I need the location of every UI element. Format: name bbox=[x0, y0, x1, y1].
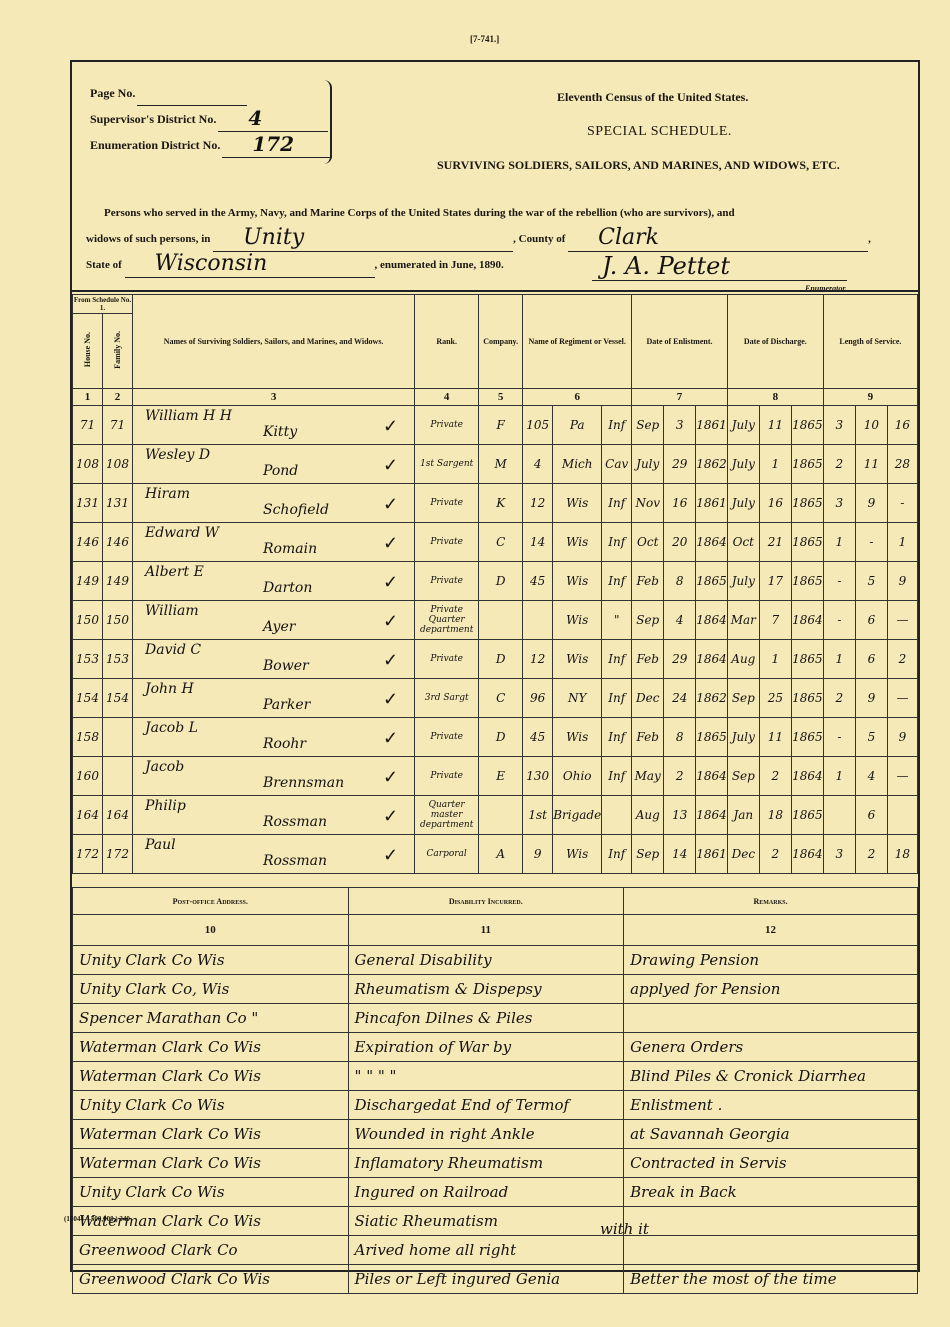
reg-state-cell: Wis bbox=[553, 523, 602, 562]
family-cell: 153 bbox=[103, 640, 133, 679]
dis-yr-cell: 1865 bbox=[791, 406, 823, 445]
family-cell bbox=[103, 718, 133, 757]
disability-cell: Siatic Rheumatism bbox=[348, 1207, 624, 1236]
mos-cell: 6 bbox=[855, 640, 887, 679]
last-name: Roohr bbox=[263, 736, 306, 752]
dis-mo-cell: July bbox=[727, 718, 759, 757]
intro-line: Persons who served in the Army, Navy, an… bbox=[86, 200, 906, 226]
dis-yr-cell: 1865 bbox=[791, 718, 823, 757]
address-header: Post-office Address. bbox=[73, 888, 349, 915]
mos-cell: 2 bbox=[855, 835, 887, 874]
days-cell: — bbox=[887, 601, 917, 640]
enl-day-cell: 8 bbox=[664, 718, 696, 757]
dis-mo-cell: Mar bbox=[727, 601, 759, 640]
reg-no-cell: 1st bbox=[523, 796, 553, 835]
dis-day-cell: 16 bbox=[759, 484, 791, 523]
reg-state-cell: Wis bbox=[553, 484, 602, 523]
last-name: Bower bbox=[263, 658, 309, 674]
rank-cell: 1st Sargent bbox=[415, 445, 479, 484]
last-name: Ayer bbox=[263, 619, 295, 635]
enl-mo-cell: Nov bbox=[632, 484, 664, 523]
family-cell: 154 bbox=[103, 679, 133, 718]
first-name: Jacob bbox=[145, 759, 184, 775]
col-number: 7 bbox=[632, 389, 728, 406]
company-header: Company. bbox=[479, 295, 523, 389]
soldier-row: 153153 David C Bower ✓ PrivateD12WisInfF… bbox=[73, 640, 918, 679]
address-row: Unity Clark Co WisGeneral DisabilityDraw… bbox=[73, 946, 918, 975]
dis-yr-cell: 1865 bbox=[791, 640, 823, 679]
first-name: William bbox=[145, 603, 199, 619]
enl-yr-cell: 1861 bbox=[696, 484, 728, 523]
enl-mo-cell: Sep bbox=[632, 835, 664, 874]
dis-day-cell: 2 bbox=[759, 757, 791, 796]
soldier-row: 164164 Philip Rossman ✓ Quarter master d… bbox=[73, 796, 918, 835]
dis-mo-cell: July bbox=[727, 562, 759, 601]
house-cell: 108 bbox=[73, 445, 103, 484]
dis-day-cell: 11 bbox=[759, 406, 791, 445]
remarks-cell: Genera Orders bbox=[624, 1033, 918, 1062]
remarks-header: Remarks. bbox=[624, 888, 918, 915]
yrs-cell: 1 bbox=[823, 640, 855, 679]
name-cell: John H Parker ✓ bbox=[133, 679, 415, 718]
last-name: Romain bbox=[263, 541, 317, 557]
address-cell: Greenwood Clark Co bbox=[73, 1236, 349, 1265]
enlistment-header: Date of Enlistment. bbox=[632, 295, 728, 389]
mos-cell: 5 bbox=[855, 718, 887, 757]
name-cell: Wesley D Pond ✓ bbox=[133, 445, 415, 484]
address-row: Waterman Clark Co WisSiatic Rheumatism bbox=[73, 1207, 918, 1236]
address-row: Waterman Clark Co WisExpiration of War b… bbox=[73, 1033, 918, 1062]
names-header: Names of Surviving Soldiers, Sailors, an… bbox=[133, 295, 415, 389]
days-cell: 16 bbox=[887, 406, 917, 445]
mos-cell: 5 bbox=[855, 562, 887, 601]
company-cell: D bbox=[479, 562, 523, 601]
checkmark-icon: ✓ bbox=[383, 767, 398, 788]
disability-header: Disability Incurred. bbox=[348, 888, 624, 915]
address-cell: Unity Clark Co, Wis bbox=[73, 975, 349, 1004]
mos-cell: 9 bbox=[855, 484, 887, 523]
checkmark-icon: ✓ bbox=[383, 650, 398, 671]
last-name: Schofield bbox=[263, 502, 329, 518]
company-cell: C bbox=[479, 679, 523, 718]
dis-day-cell: 1 bbox=[759, 445, 791, 484]
checkmark-icon: ✓ bbox=[383, 806, 398, 827]
reg-type-cell: Inf bbox=[602, 523, 632, 562]
yrs-cell: - bbox=[823, 601, 855, 640]
address-row: Unity Clark Co WisDischargedat End of Te… bbox=[73, 1091, 918, 1120]
dis-mo-cell: Sep bbox=[727, 757, 759, 796]
reg-state-cell: Brigade bbox=[553, 796, 602, 835]
name-cell: Albert E Darton ✓ bbox=[133, 562, 415, 601]
enl-day-cell: 3 bbox=[664, 406, 696, 445]
reg-type-cell: Inf bbox=[602, 835, 632, 874]
days-cell: — bbox=[887, 679, 917, 718]
enl-yr-cell: 1864 bbox=[696, 757, 728, 796]
rank-cell: Private bbox=[415, 523, 479, 562]
dis-day-cell: 7 bbox=[759, 601, 791, 640]
disability-cell: Ingured on Railroad bbox=[348, 1178, 624, 1207]
soldier-row: 149149 Albert E Darton ✓ PrivateD45WisIn… bbox=[73, 562, 918, 601]
soldier-row: 158 Jacob L Roohr ✓ PrivateD45WisInfFeb8… bbox=[73, 718, 918, 757]
rank-cell: Private Quarter department bbox=[415, 601, 479, 640]
enumerator-signature: J. A. Pettet bbox=[602, 252, 730, 280]
enl-mo-cell: Oct bbox=[632, 523, 664, 562]
reg-no-cell: 4 bbox=[523, 445, 553, 484]
discharge-header: Date of Discharge. bbox=[727, 295, 823, 389]
enumerator-signature-line: J. A. Pettet Enumerator. bbox=[592, 250, 847, 281]
reg-no-cell: 105 bbox=[523, 406, 553, 445]
reg-type-cell: Inf bbox=[602, 757, 632, 796]
first-name: David C bbox=[145, 642, 201, 658]
enl-day-cell: 16 bbox=[664, 484, 696, 523]
remarks-cell bbox=[624, 1004, 918, 1033]
name-cell: David C Bower ✓ bbox=[133, 640, 415, 679]
enl-yr-cell: 1861 bbox=[696, 835, 728, 874]
rank-cell: Private bbox=[415, 562, 479, 601]
address-cell: Waterman Clark Co Wis bbox=[73, 1033, 349, 1062]
checkmark-icon: ✓ bbox=[383, 494, 398, 515]
county-label: , County of bbox=[513, 233, 565, 245]
yrs-cell: 1 bbox=[823, 523, 855, 562]
company-cell: K bbox=[479, 484, 523, 523]
mos-cell: 6 bbox=[855, 601, 887, 640]
days-cell: 28 bbox=[887, 445, 917, 484]
dis-day-cell: 17 bbox=[759, 562, 791, 601]
enl-mo-cell: Sep bbox=[632, 406, 664, 445]
dis-mo-cell: Aug bbox=[727, 640, 759, 679]
company-cell: C bbox=[479, 523, 523, 562]
house-cell: 164 bbox=[73, 796, 103, 835]
enl-mo-cell: Feb bbox=[632, 640, 664, 679]
divider bbox=[72, 290, 918, 292]
reg-type-cell: " bbox=[602, 601, 632, 640]
company-cell: E bbox=[479, 757, 523, 796]
reg-type-cell: Inf bbox=[602, 484, 632, 523]
col-number: 11 bbox=[348, 915, 624, 946]
yrs-cell: 1 bbox=[823, 757, 855, 796]
col-number: 6 bbox=[523, 389, 632, 406]
rank-cell: Private bbox=[415, 406, 479, 445]
days-cell: 9 bbox=[887, 718, 917, 757]
disability-cell: General Disability bbox=[348, 946, 624, 975]
remarks-cell: Blind Piles & Cronick Diarrhea bbox=[624, 1062, 918, 1091]
dis-yr-cell: 1864 bbox=[791, 757, 823, 796]
soldier-row: 172172 Paul Rossman ✓ CarporalA9WisInfSe… bbox=[73, 835, 918, 874]
dis-mo-cell: July bbox=[727, 445, 759, 484]
census-form: Page No. Supervisor's District No.4 Enum… bbox=[70, 60, 920, 1272]
address-row: Waterman Clark Co Wis" " " "Blind Piles … bbox=[73, 1062, 918, 1091]
yrs-cell: 2 bbox=[823, 445, 855, 484]
remarks-cell: Break in Back bbox=[624, 1178, 918, 1207]
reg-no-cell: 12 bbox=[523, 484, 553, 523]
days-cell: 9 bbox=[887, 562, 917, 601]
family-cell: 131 bbox=[103, 484, 133, 523]
dis-yr-cell: 1865 bbox=[791, 445, 823, 484]
first-name: John H bbox=[145, 681, 194, 697]
reg-no-cell: 14 bbox=[523, 523, 553, 562]
enl-yr-cell: 1864 bbox=[696, 523, 728, 562]
state-label: State of bbox=[86, 259, 122, 271]
dis-yr-cell: 1865 bbox=[791, 679, 823, 718]
soldier-row: 150150 William Ayer ✓ Private Quarter de… bbox=[73, 601, 918, 640]
family-cell: 164 bbox=[103, 796, 133, 835]
yrs-cell: 3 bbox=[823, 835, 855, 874]
days-cell: 18 bbox=[887, 835, 917, 874]
family-cell: 146 bbox=[103, 523, 133, 562]
yrs-cell: 3 bbox=[823, 406, 855, 445]
reg-no-cell: 96 bbox=[523, 679, 553, 718]
company-cell: D bbox=[479, 718, 523, 757]
house-cell: 153 bbox=[73, 640, 103, 679]
first-name: Jacob L bbox=[145, 720, 198, 736]
yrs-cell: - bbox=[823, 562, 855, 601]
enl-yr-cell: 1864 bbox=[696, 601, 728, 640]
enl-yr-cell: 1862 bbox=[696, 445, 728, 484]
remarks-cell bbox=[624, 1207, 918, 1236]
name-cell: Edward W Romain ✓ bbox=[133, 523, 415, 562]
last-name: Darton bbox=[263, 580, 312, 596]
family-cell: 150 bbox=[103, 601, 133, 640]
reg-state-cell: NY bbox=[553, 679, 602, 718]
col-number: 4 bbox=[415, 389, 479, 406]
house-cell: 71 bbox=[73, 406, 103, 445]
col-number: 12 bbox=[624, 915, 918, 946]
dis-day-cell: 11 bbox=[759, 718, 791, 757]
checkmark-icon: ✓ bbox=[383, 845, 398, 866]
address-row: Unity Clark Co, WisRheumatism & Dispepsy… bbox=[73, 975, 918, 1004]
remarks-cell: Better the most of the time bbox=[624, 1265, 918, 1294]
county-value: Clark bbox=[598, 225, 659, 251]
mos-cell: 11 bbox=[855, 445, 887, 484]
address-row: Unity Clark Co WisIngured on RailroadBre… bbox=[73, 1178, 918, 1207]
address-cell: Waterman Clark Co Wis bbox=[73, 1062, 349, 1091]
dis-yr-cell: 1864 bbox=[791, 601, 823, 640]
schedule-subtitle: SURVIVING SOLDIERS, SAILORS, AND MARINES… bbox=[437, 158, 840, 173]
reg-state-cell: Wis bbox=[553, 601, 602, 640]
last-name: Kitty bbox=[263, 424, 297, 440]
dis-day-cell: 25 bbox=[759, 679, 791, 718]
reg-state-cell: Pa bbox=[553, 406, 602, 445]
soldier-row: 160 Jacob Brennsman ✓ PrivateE130OhioInf… bbox=[73, 757, 918, 796]
name-cell: Jacob Brennsman ✓ bbox=[133, 757, 415, 796]
last-name: Brennsman bbox=[263, 775, 344, 791]
first-name: Edward W bbox=[145, 525, 219, 541]
disability-cell: Piles or Left ingured Genia bbox=[348, 1265, 624, 1294]
col-number: 8 bbox=[727, 389, 823, 406]
page-no-label: Page No. bbox=[90, 80, 135, 106]
checkmark-icon: ✓ bbox=[383, 533, 398, 554]
dis-mo-cell: Oct bbox=[727, 523, 759, 562]
remarks-cell bbox=[624, 1236, 918, 1265]
district-info: Page No. Supervisor's District No.4 Enum… bbox=[90, 80, 332, 158]
col-number: 3 bbox=[133, 389, 415, 406]
name-cell: Philip Rossman ✓ bbox=[133, 796, 415, 835]
rank-cell: 3rd Sargt bbox=[415, 679, 479, 718]
rank-header: Rank. bbox=[415, 295, 479, 389]
enumeration-label: Enumeration District No. bbox=[90, 132, 220, 158]
disability-cell: Dischargedat End of Termof bbox=[348, 1091, 624, 1120]
remarks-continuation: with it bbox=[600, 1220, 649, 1238]
enumerated-label: , enumerated in June, 1890. bbox=[375, 259, 504, 271]
enl-mo-cell: Sep bbox=[632, 601, 664, 640]
from-schedule-header: From Schedule No. 1. bbox=[73, 295, 133, 314]
company-cell: M bbox=[479, 445, 523, 484]
col-number: 5 bbox=[479, 389, 523, 406]
family-cell: 71 bbox=[103, 406, 133, 445]
house-cell: 158 bbox=[73, 718, 103, 757]
reg-state-cell: Wis bbox=[553, 718, 602, 757]
name-cell: Hiram Schofield ✓ bbox=[133, 484, 415, 523]
checkmark-icon: ✓ bbox=[383, 455, 398, 476]
address-cell: Unity Clark Co Wis bbox=[73, 1178, 349, 1207]
reg-no-cell: 45 bbox=[523, 718, 553, 757]
house-cell: 150 bbox=[73, 601, 103, 640]
enumeration-value: 172 bbox=[252, 131, 294, 157]
rank-cell: Private bbox=[415, 484, 479, 523]
dis-mo-cell: Jan bbox=[727, 796, 759, 835]
disability-cell: Wounded in right Ankle bbox=[348, 1120, 624, 1149]
enl-yr-cell: 1865 bbox=[696, 718, 728, 757]
dis-mo-cell: July bbox=[727, 484, 759, 523]
dis-yr-cell: 1865 bbox=[791, 523, 823, 562]
census-title: Eleventh Census of the United States. bbox=[557, 90, 748, 105]
enl-mo-cell: Dec bbox=[632, 679, 664, 718]
mos-cell: 6 bbox=[855, 796, 887, 835]
dis-day-cell: 21 bbox=[759, 523, 791, 562]
company-cell: F bbox=[479, 406, 523, 445]
disability-cell: " " " " bbox=[348, 1062, 624, 1091]
house-cell: 160 bbox=[73, 757, 103, 796]
mos-cell: - bbox=[855, 523, 887, 562]
enl-day-cell: 24 bbox=[664, 679, 696, 718]
enl-day-cell: 4 bbox=[664, 601, 696, 640]
address-cell: Unity Clark Co Wis bbox=[73, 946, 349, 975]
state-value: Wisconsin bbox=[155, 251, 268, 277]
enl-day-cell: 29 bbox=[664, 445, 696, 484]
enl-mo-cell: Feb bbox=[632, 718, 664, 757]
checkmark-icon: ✓ bbox=[383, 572, 398, 593]
yrs-cell bbox=[823, 796, 855, 835]
enl-day-cell: 14 bbox=[664, 835, 696, 874]
family-cell bbox=[103, 757, 133, 796]
address-row: Spencer Marathan Co "Pincafon Dilnes & P… bbox=[73, 1004, 918, 1033]
address-cell: Spencer Marathan Co " bbox=[73, 1004, 349, 1033]
first-name: Hiram bbox=[145, 486, 190, 502]
first-name: William H H bbox=[145, 408, 232, 424]
reg-no-cell: 9 bbox=[523, 835, 553, 874]
soldier-row: 154154 John H Parker ✓ 3rd SargtC96NYInf… bbox=[73, 679, 918, 718]
house-cell: 146 bbox=[73, 523, 103, 562]
yrs-cell: 3 bbox=[823, 484, 855, 523]
address-disability-table: Post-office Address. Disability Incurred… bbox=[72, 887, 918, 1294]
family-cell: 172 bbox=[103, 835, 133, 874]
enl-day-cell: 8 bbox=[664, 562, 696, 601]
company-cell: D bbox=[479, 640, 523, 679]
enl-mo-cell: Feb bbox=[632, 562, 664, 601]
soldier-row: 108108 Wesley D Pond ✓ 1st SargentM4Mich… bbox=[73, 445, 918, 484]
reg-no-cell: 130 bbox=[523, 757, 553, 796]
reg-type-cell: Inf bbox=[602, 679, 632, 718]
last-name: Rossman bbox=[263, 853, 327, 869]
col-number: 9 bbox=[823, 389, 917, 406]
dis-mo-cell: Sep bbox=[727, 679, 759, 718]
disability-cell: Arived home all right bbox=[348, 1236, 624, 1265]
dis-yr-cell: 1864 bbox=[791, 835, 823, 874]
checkmark-icon: ✓ bbox=[383, 611, 398, 632]
dis-day-cell: 2 bbox=[759, 835, 791, 874]
address-row: Greenwood Clark Co WisPiles or Left ingu… bbox=[73, 1265, 918, 1294]
company-cell bbox=[479, 796, 523, 835]
rank-cell: Private bbox=[415, 757, 479, 796]
reg-type-cell: Inf bbox=[602, 718, 632, 757]
reg-type-cell: Inf bbox=[602, 406, 632, 445]
enl-yr-cell: 1865 bbox=[696, 562, 728, 601]
reg-type-cell: Inf bbox=[602, 640, 632, 679]
last-name: Pond bbox=[263, 463, 298, 479]
remarks-cell: applyed for Pension bbox=[624, 975, 918, 1004]
reg-state-cell: Wis bbox=[553, 835, 602, 874]
enl-yr-cell: 1861 bbox=[696, 406, 728, 445]
family-cell: 149 bbox=[103, 562, 133, 601]
reg-no-cell bbox=[523, 601, 553, 640]
form-code: [7-741.] bbox=[470, 34, 499, 44]
yrs-cell: - bbox=[823, 718, 855, 757]
yrs-cell: 2 bbox=[823, 679, 855, 718]
last-name: Rossman bbox=[263, 814, 327, 830]
reg-state-cell: Ohio bbox=[553, 757, 602, 796]
house-cell: 172 bbox=[73, 835, 103, 874]
house-cell: 131 bbox=[73, 484, 103, 523]
address-cell: Unity Clark Co Wis bbox=[73, 1091, 349, 1120]
reg-type-cell: Inf bbox=[602, 562, 632, 601]
checkmark-icon: ✓ bbox=[383, 416, 398, 437]
reg-type-cell bbox=[602, 796, 632, 835]
days-cell bbox=[887, 796, 917, 835]
enl-day-cell: 20 bbox=[664, 523, 696, 562]
col-number: 2 bbox=[103, 389, 133, 406]
address-cell: Waterman Clark Co Wis bbox=[73, 1120, 349, 1149]
mos-cell: 4 bbox=[855, 757, 887, 796]
first-name: Paul bbox=[145, 837, 176, 853]
disability-cell: Expiration of War by bbox=[348, 1033, 624, 1062]
days-cell: - bbox=[887, 484, 917, 523]
remarks-cell: Contracted in Servis bbox=[624, 1149, 918, 1178]
house-cell: 154 bbox=[73, 679, 103, 718]
name-cell: Paul Rossman ✓ bbox=[133, 835, 415, 874]
enl-mo-cell: May bbox=[632, 757, 664, 796]
schedule-title: SPECIAL SCHEDULE. bbox=[587, 124, 732, 140]
remarks-cell: Enlistment . bbox=[624, 1091, 918, 1120]
reg-no-cell: 12 bbox=[523, 640, 553, 679]
checkmark-icon: ✓ bbox=[383, 728, 398, 749]
soldier-row: 7171 William H H Kitty ✓ PrivateF105PaIn… bbox=[73, 406, 918, 445]
remarks-cell: Drawing Pension bbox=[624, 946, 918, 975]
mos-cell: 10 bbox=[855, 406, 887, 445]
enl-day-cell: 13 bbox=[664, 796, 696, 835]
soldier-row: 146146 Edward W Romain ✓ PrivateC14WisIn… bbox=[73, 523, 918, 562]
company-cell bbox=[479, 601, 523, 640]
house-no-header: House No. bbox=[83, 332, 92, 367]
reg-no-cell: 45 bbox=[523, 562, 553, 601]
town-value: Unity bbox=[243, 225, 304, 251]
last-name: Parker bbox=[263, 697, 310, 713]
enl-yr-cell: 1862 bbox=[696, 679, 728, 718]
reg-state-cell: Mich bbox=[553, 445, 602, 484]
dis-yr-cell: 1865 bbox=[791, 562, 823, 601]
enl-day-cell: 2 bbox=[664, 757, 696, 796]
days-cell: 2 bbox=[887, 640, 917, 679]
brace-divider bbox=[324, 80, 332, 164]
